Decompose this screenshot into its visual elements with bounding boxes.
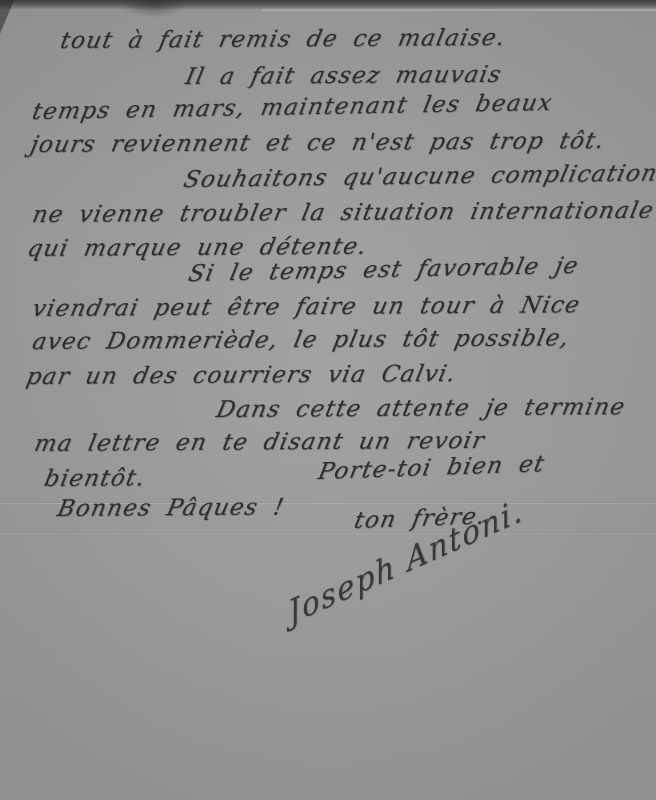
fold-crease-faint xyxy=(0,532,656,534)
letter-line: temps en mars, maintenant les beaux xyxy=(30,90,555,125)
letter-line: Souhaitons qu'aucune complication xyxy=(181,160,656,193)
letter-line: jours reviennent et ce n'est pas trop tô… xyxy=(28,128,607,158)
scanned-letter-page: tout à fait remis de ce malaise. Il a fa… xyxy=(0,0,656,800)
page-top-edge-shadow xyxy=(0,0,656,9)
letter-line: viendrai peut être faire un tour à Nice xyxy=(30,292,583,322)
letter-line: Il a fait assez mauvais xyxy=(183,62,504,90)
letter-line: Dans cette attente je termine xyxy=(214,394,628,423)
letter-line: ne vienne troubler la situation internat… xyxy=(30,198,656,228)
letter-line: Porte-toi bien et xyxy=(316,451,547,485)
letter-line: Bonnes Pâques ! xyxy=(55,494,287,522)
page-top-edge-highlight xyxy=(262,9,656,12)
letter-line: ma lettre en te disant un revoir xyxy=(32,428,487,457)
letter-line: tout à fait remis de ce malaise. xyxy=(58,25,508,54)
letter-line: avec Dommeriède, le plus tôt possible, xyxy=(30,325,572,355)
ink-smudge xyxy=(122,0,186,16)
letter-line: par un des courriers via Calvi. xyxy=(24,361,459,390)
letter-line: bientôt. xyxy=(42,465,148,492)
scan-corner-shadow xyxy=(0,0,14,34)
